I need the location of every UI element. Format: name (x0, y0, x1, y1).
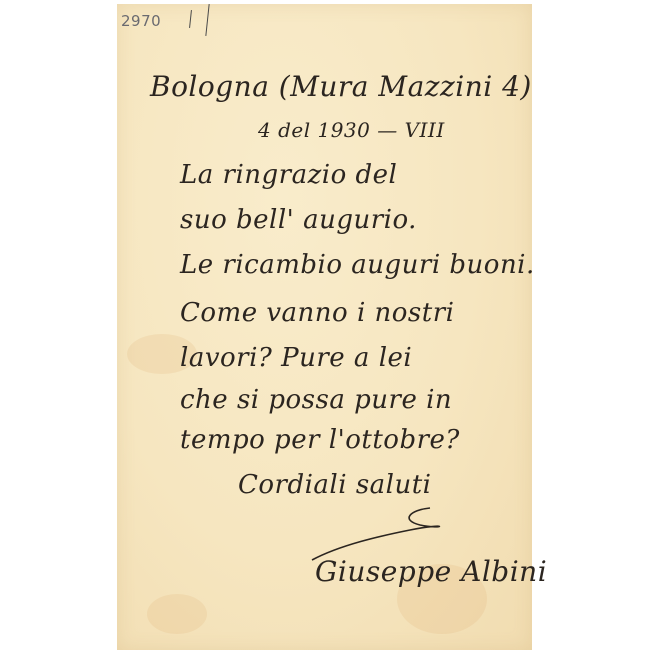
paper-stain (147, 594, 207, 634)
signature: Giuseppe Albini (315, 555, 547, 588)
body-line: che si possa pure in (180, 385, 452, 415)
body-line: tempo per l'ottobre? (180, 425, 460, 455)
body-line: Le ricambio auguri buoni. (180, 250, 535, 280)
body-line: Come vanno i nostri (180, 298, 454, 328)
body-line: lavori? Pure a lei (180, 343, 412, 373)
header-place: Bologna (Mura Mazzini 4) (150, 70, 532, 103)
archival-number: 2970 (121, 12, 161, 30)
body-line: suo bell' augurio. (180, 205, 417, 235)
closing-salutation: Cordiali saluti (238, 470, 432, 500)
body-line: La ringrazio del (180, 160, 397, 190)
header-date: 4 del 1930 — VIII (258, 118, 445, 142)
